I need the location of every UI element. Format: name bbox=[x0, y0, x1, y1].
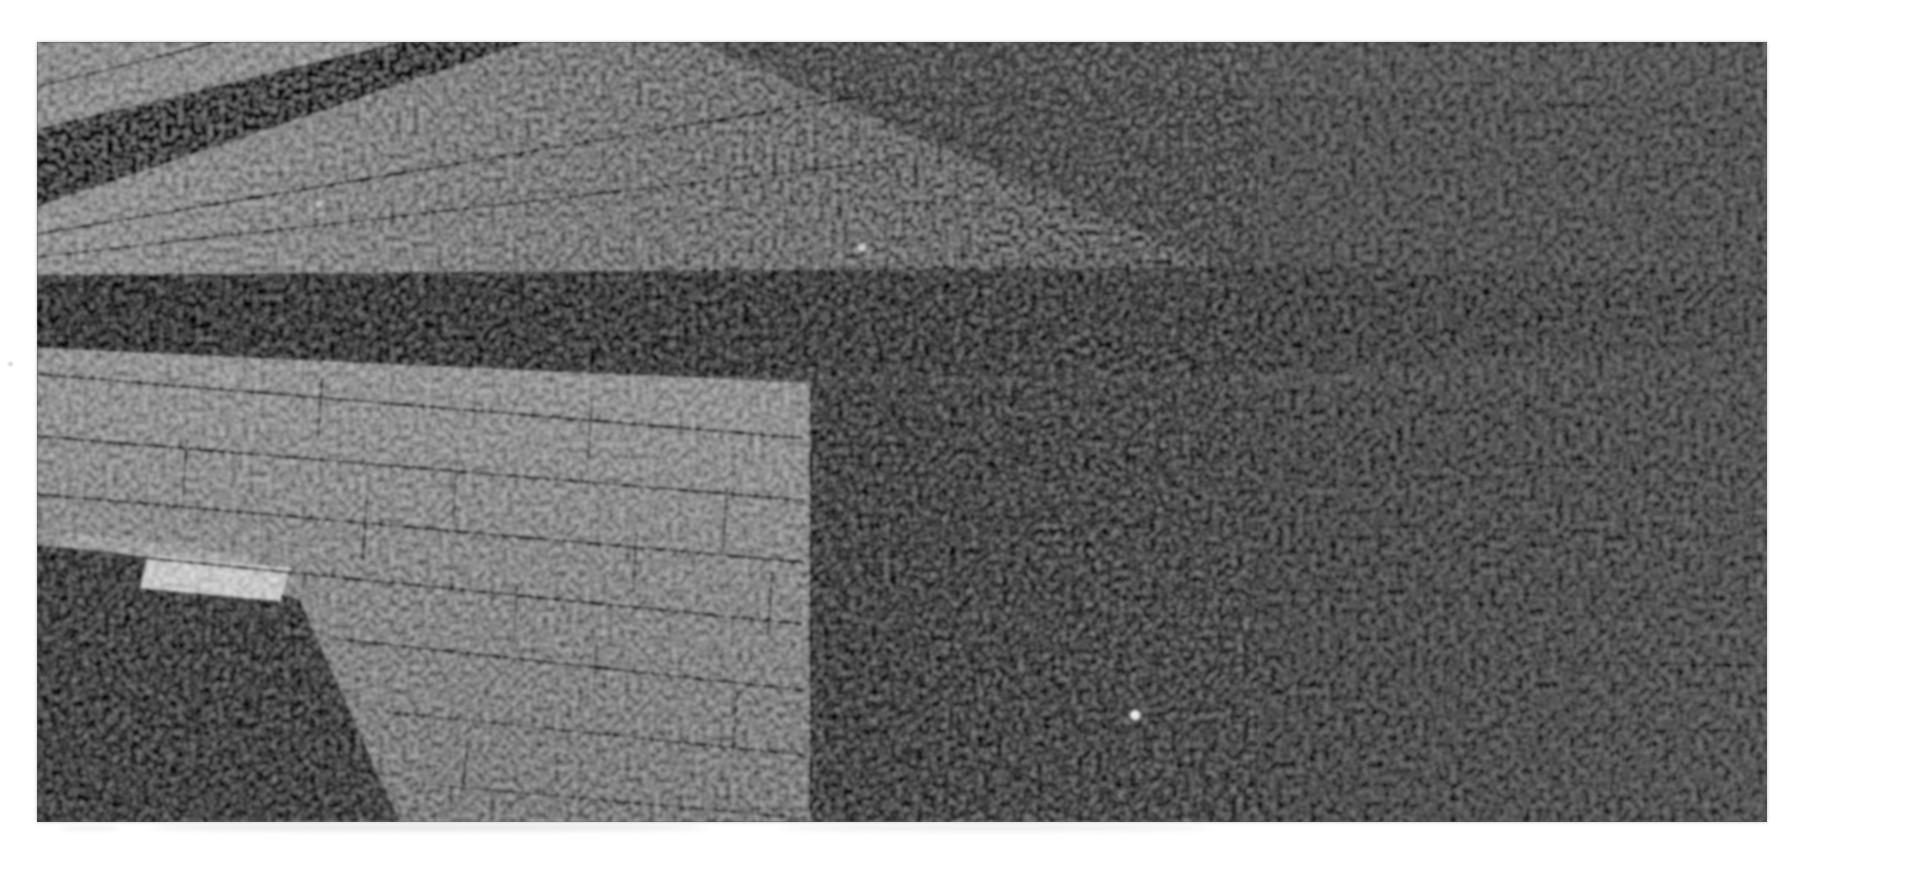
scan-smudge bbox=[150, 824, 710, 831]
wall-photo-rendering bbox=[37, 42, 1767, 822]
document-page bbox=[0, 0, 1920, 876]
bright-speck bbox=[216, 371, 234, 389]
margin-speck bbox=[8, 362, 13, 366]
bright-speck bbox=[550, 130, 564, 144]
bright-speck bbox=[316, 201, 322, 207]
scan-smudge bbox=[60, 826, 120, 831]
bright-speck bbox=[1130, 710, 1140, 720]
wall-photograph bbox=[37, 42, 1767, 822]
scan-smudge bbox=[780, 825, 1210, 831]
bright-speck bbox=[858, 243, 866, 251]
